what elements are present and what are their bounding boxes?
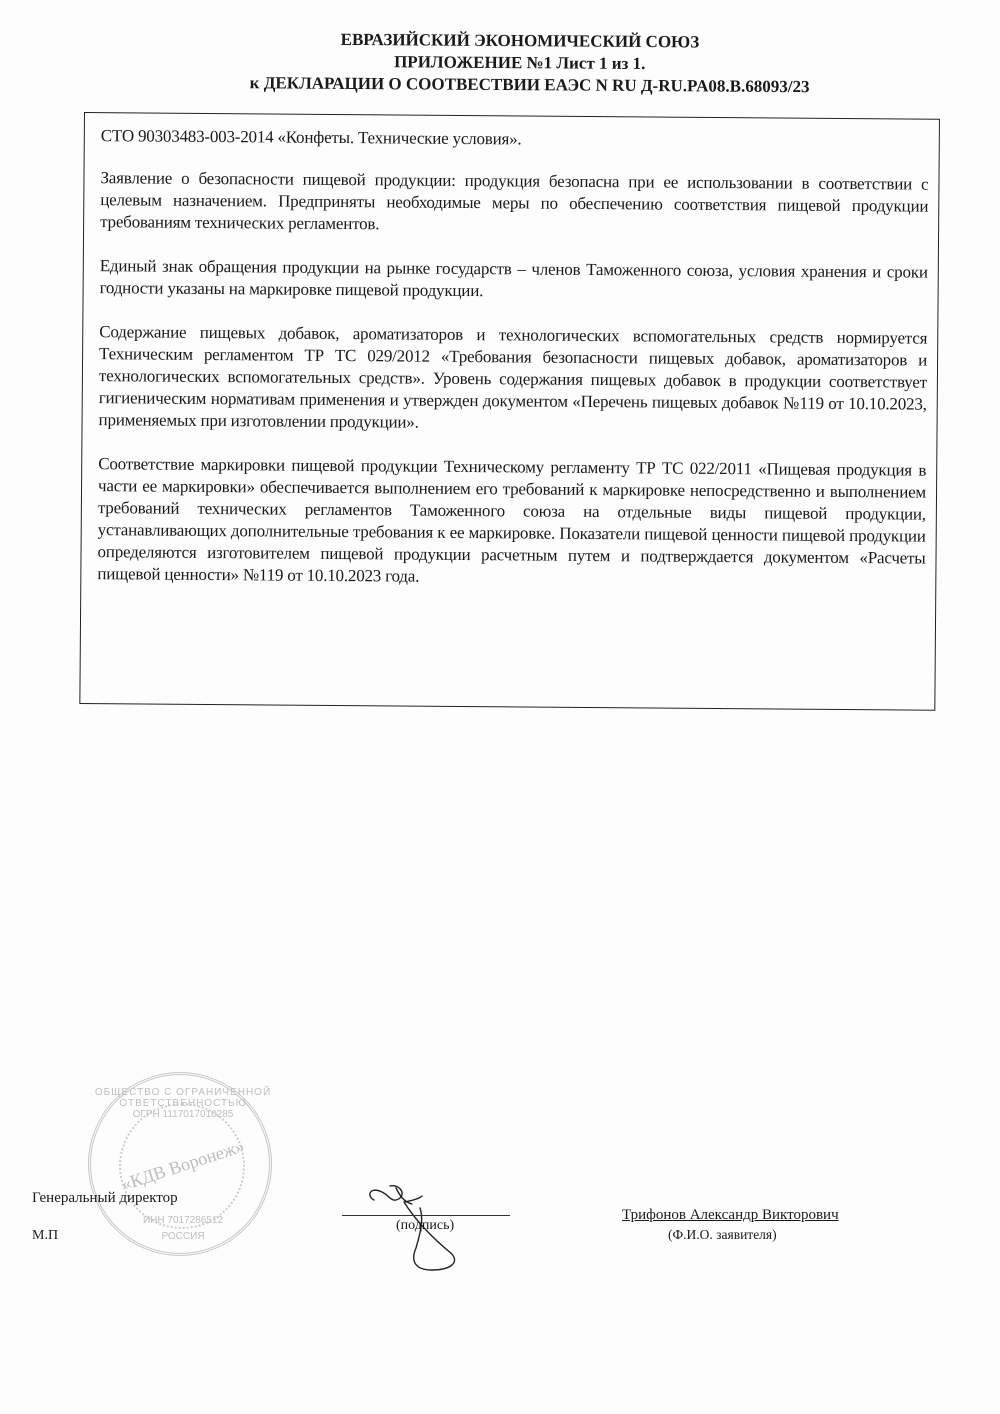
company-seal-stamp: ОБЩЕСТВО С ОГРАНИЧЕННОЙ ОТВЕТСТВЕННОСТЬЮ… [88,1072,272,1256]
paragraph-circulation-mark: Единый знак обращения продукции на рынке… [100,255,928,306]
declaration-content-box: СТО 90303483-003-2014 «Конфеты. Техничес… [79,112,940,711]
paragraph-standard: СТО 90303483-003-2014 «Конфеты. Техничес… [101,125,929,154]
stamp-ring-text: ОБЩЕСТВО С ОГРАНИЧЕННОЙ ОТВЕТСТВЕННОСТЬЮ [91,1087,275,1109]
paragraph-labeling-compliance: Соответствие маркировки пищевой продукци… [97,453,926,591]
stamp-inn: ИНН 7017286512 [91,1215,275,1226]
signature-line [342,1215,510,1216]
stamp-country: РОССИЯ [91,1231,275,1242]
stamp-ogrn: ОГРН 1117017010285 [91,1109,275,1120]
applicant-name: Трифонов Александр Викторович [622,1207,839,1224]
paragraph-food-additives: Содержание пищевых добавок, ароматизатор… [98,321,927,437]
document-page: ЕВРАЗИЙСКИЙ ЭКОНОМИЧЕСКИЙ СОЮЗ ПРИЛОЖЕНИ… [0,0,1000,1414]
document-header: ЕВРАЗИЙСКИЙ ЭКОНОМИЧЕСКИЙ СОЮЗ ПРИЛОЖЕНИ… [0,27,1000,100]
applicant-name-caption: (Ф.И.О. заявителя) [668,1227,777,1243]
seal-place-label: М.П [32,1228,58,1244]
signature-caption: (подпись) [396,1218,454,1234]
signatory-role: Генеральный директор [32,1190,178,1207]
paragraph-safety-statement: Заявление о безопасности пищевой продукц… [100,167,928,240]
